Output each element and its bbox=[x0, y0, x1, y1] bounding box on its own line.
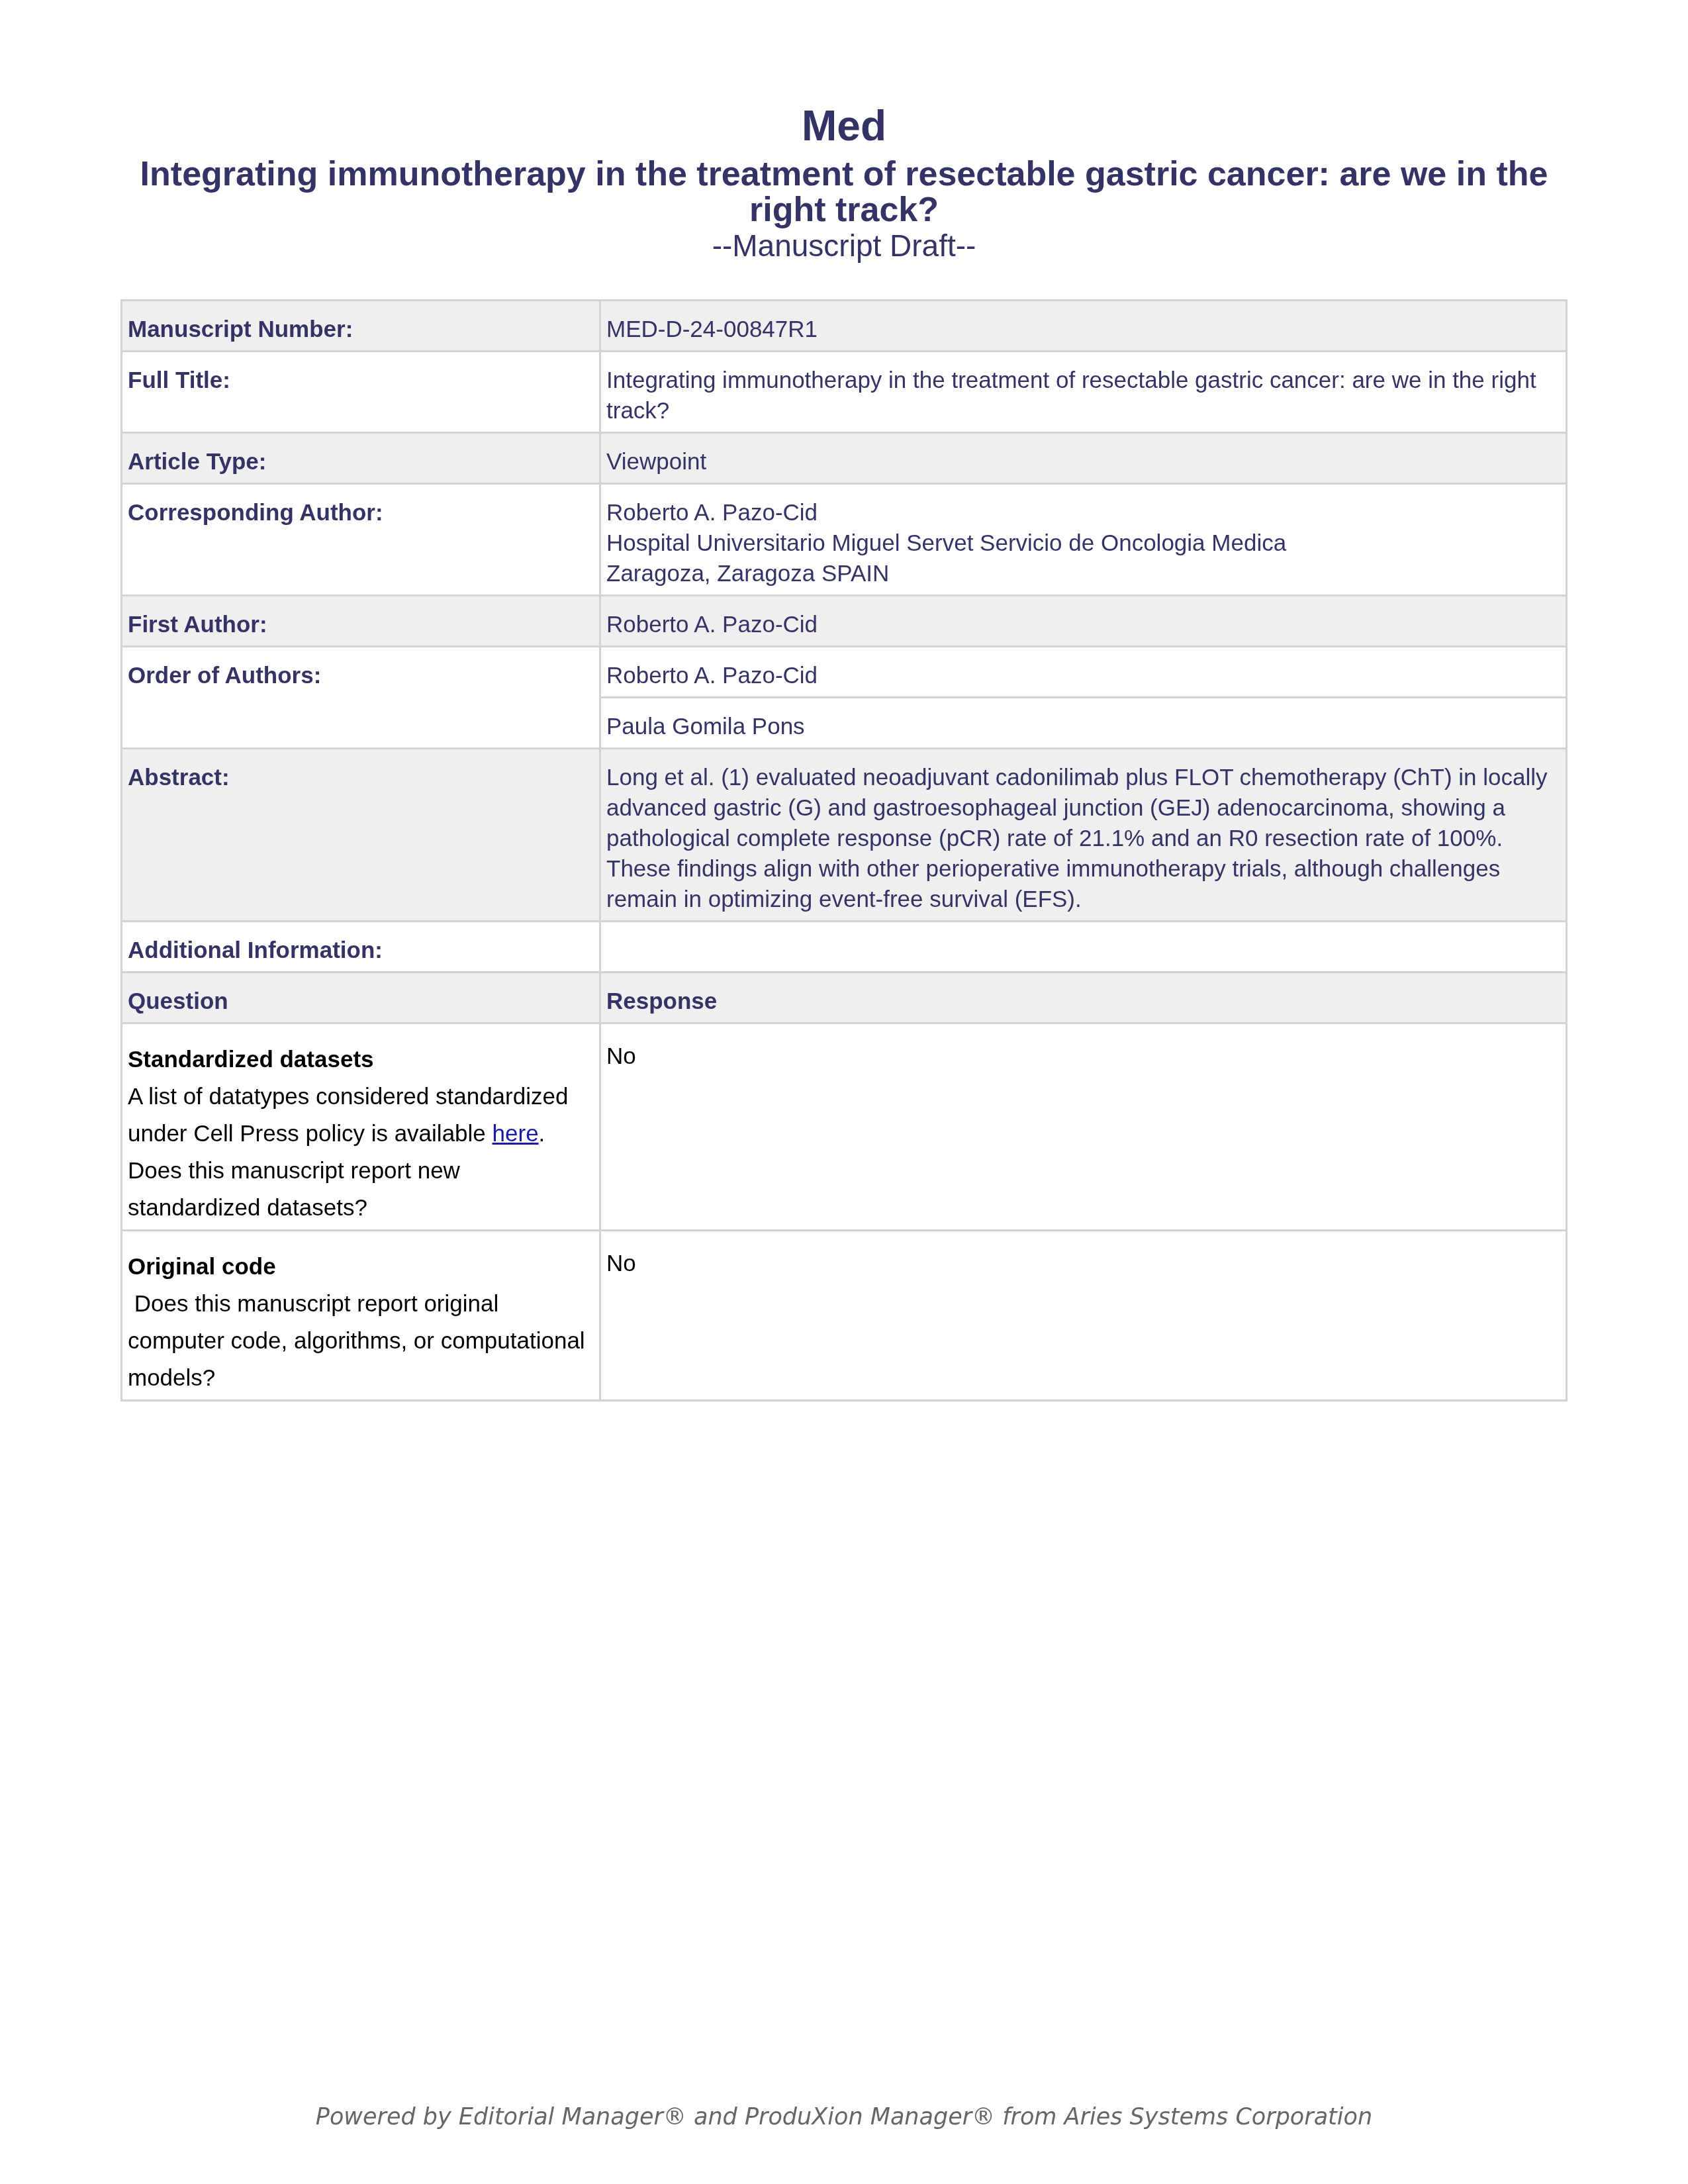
label-corresponding-author: Corresponding Author: bbox=[122, 484, 600, 596]
question-original-code: Original code Does this manuscript repor… bbox=[122, 1231, 600, 1401]
question-text: Does this manuscript report original com… bbox=[128, 1291, 591, 1391]
row-qa-header: Question Response bbox=[122, 973, 1567, 1023]
row-full-title: Full Title: Integrating immunotherapy in… bbox=[122, 352, 1567, 433]
response-header: Response bbox=[600, 973, 1567, 1023]
label-manuscript-number: Manuscript Number: bbox=[122, 301, 600, 352]
row-first-author: First Author: Roberto A. Pazo-Cid bbox=[122, 596, 1567, 647]
value-full-title: Integrating immunotherapy in the treatme… bbox=[600, 352, 1567, 433]
powered-by-footer: Powered by Editorial Manager® and ProduX… bbox=[0, 2104, 1688, 2130]
value-author-2: Paula Gomila Pons bbox=[600, 698, 1567, 749]
row-original-code: Original code Does this manuscript repor… bbox=[122, 1231, 1567, 1401]
manuscript-info-table: Manuscript Number: MED-D-24-00847R1 Full… bbox=[120, 299, 1568, 1401]
question-standardized-datasets: Standardized datasetsA list of datatypes… bbox=[122, 1023, 600, 1231]
draft-label: --Manuscript Draft-- bbox=[0, 228, 1688, 263]
row-order-of-authors: Order of Authors: Roberto A. Pazo-Cid bbox=[122, 647, 1567, 698]
row-abstract: Abstract: Long et al. (1) evaluated neoa… bbox=[122, 749, 1567, 922]
response-original-code: No bbox=[600, 1231, 1567, 1401]
value-first-author: Roberto A. Pazo-Cid bbox=[600, 596, 1567, 647]
row-additional-information: Additional Information: bbox=[122, 922, 1567, 973]
value-corresponding-author: Roberto A. Pazo-Cid Hospital Universitar… bbox=[600, 484, 1567, 596]
row-corresponding-author: Corresponding Author: Roberto A. Pazo-Ci… bbox=[122, 484, 1567, 596]
row-article-type: Article Type: Viewpoint bbox=[122, 433, 1567, 484]
value-additional-information bbox=[600, 922, 1567, 973]
label-abstract: Abstract: bbox=[122, 749, 600, 922]
journal-name: Med bbox=[0, 99, 1688, 152]
label-order-of-authors: Order of Authors: bbox=[122, 647, 600, 749]
question-header: Question bbox=[122, 973, 600, 1023]
label-article-type: Article Type: bbox=[122, 433, 600, 484]
manuscript-title: Integrating immunotherapy in the treatme… bbox=[106, 156, 1582, 228]
question-title: Standardized datasets bbox=[128, 1041, 594, 1078]
value-abstract: Long et al. (1) evaluated neoadjuvant ca… bbox=[600, 749, 1567, 922]
question-title: Original code bbox=[128, 1249, 594, 1286]
label-full-title: Full Title: bbox=[122, 352, 600, 433]
value-article-type: Viewpoint bbox=[600, 433, 1567, 484]
row-standardized-datasets: Standardized datasetsA list of datatypes… bbox=[122, 1023, 1567, 1231]
here-link[interactable]: here bbox=[492, 1121, 539, 1147]
corresponding-author-location: Zaragoza, Zaragoza SPAIN bbox=[606, 559, 1560, 589]
row-manuscript-number: Manuscript Number: MED-D-24-00847R1 bbox=[122, 301, 1567, 352]
response-standardized-datasets: No bbox=[600, 1023, 1567, 1231]
corresponding-author-name: Roberto A. Pazo-Cid bbox=[606, 498, 1560, 528]
label-additional-information: Additional Information: bbox=[122, 922, 600, 973]
corresponding-author-institution: Hospital Universitario Miguel Servet Ser… bbox=[606, 528, 1560, 559]
label-first-author: First Author: bbox=[122, 596, 600, 647]
value-manuscript-number: MED-D-24-00847R1 bbox=[600, 301, 1567, 352]
value-author-1: Roberto A. Pazo-Cid bbox=[600, 647, 1567, 698]
document-header: Med Integrating immunotherapy in the tre… bbox=[0, 99, 1688, 263]
